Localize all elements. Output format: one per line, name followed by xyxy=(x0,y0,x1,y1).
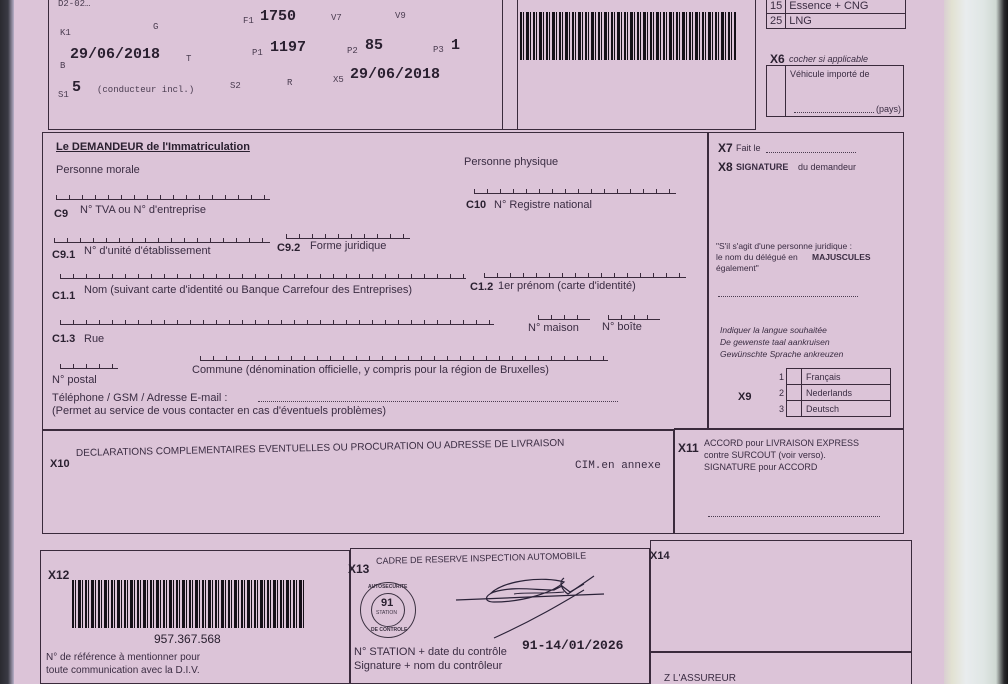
field-k1-label: K1 xyxy=(60,28,71,38)
c9-input[interactable] xyxy=(56,193,270,200)
checkbox-francais[interactable] xyxy=(787,369,802,385)
applicant-signature-area[interactable] xyxy=(716,176,896,236)
x6-suffix: (pays) xyxy=(876,104,901,114)
x14-code: X14 xyxy=(650,550,670,562)
c10-code: C10 xyxy=(466,199,486,211)
field-s1-value: 5 xyxy=(72,79,81,96)
inspection-stamp: AUTOSECURITE 91 STATION DE CONTROLE xyxy=(360,582,416,638)
c9-2-code: C9.2 xyxy=(277,242,300,254)
field-v7-label: V7 xyxy=(331,13,342,23)
c9-2-input[interactable] xyxy=(286,232,410,239)
field-p1-value: 1197 xyxy=(270,39,306,56)
checkbox-deutsch[interactable] xyxy=(787,401,802,417)
fuel-code-row: 15 Essence + CNG xyxy=(767,0,906,14)
x11-line3: SIGNATURE pour ACCORD xyxy=(704,462,817,472)
house-number-input[interactable] xyxy=(538,313,590,320)
contact-label: Téléphone / GSM / Adresse E-mail : xyxy=(52,392,227,404)
stamp-middle-text: STATION xyxy=(376,610,397,616)
commune-label: Commune (dénomination officielle, y comp… xyxy=(192,364,549,376)
fuel-label: Essence + CNG xyxy=(786,0,906,14)
x7-label: Fait le xyxy=(736,143,761,153)
box-number-input[interactable] xyxy=(608,313,660,320)
x13-station-label: N° STATION + date du contrôle xyxy=(354,646,507,658)
field-s2-label: S2 xyxy=(230,81,241,91)
c10-label: N° Registre national xyxy=(494,199,592,211)
legal-note-line3: également" xyxy=(716,263,759,273)
x8-label-bold: SIGNATURE xyxy=(736,162,788,172)
legal-note-line1: "S'il s'agit d'une personne juridique : xyxy=(716,241,852,251)
demandeur-title: Le DEMANDEUR de l'Immatriculation xyxy=(56,141,250,153)
personne-morale-label: Personne morale xyxy=(56,164,140,176)
x8-code: X8 xyxy=(718,160,733,174)
stamp-number: 91 xyxy=(381,597,393,609)
postal-code-label: N° postal xyxy=(52,374,97,386)
c1-1-label: Nom (suivant carte d'identité ou Banque … xyxy=(84,284,412,296)
x7-date-input[interactable] xyxy=(766,152,856,153)
c1-2-input[interactable] xyxy=(484,271,686,278)
language-options: 1 Français 2 Nederlands 3 Deutsch xyxy=(774,368,891,417)
language-label: Français xyxy=(802,369,891,385)
box-number-label: N° boîte xyxy=(602,321,642,333)
field-p2-label: P2 xyxy=(347,46,358,56)
field-p2-value: 85 xyxy=(365,37,383,54)
fuel-code: 15 xyxy=(767,0,786,14)
x13-code: X13 xyxy=(348,562,369,576)
background-right-edge xyxy=(944,0,1008,684)
field-b-value: 29/06/2018 xyxy=(70,46,160,63)
field-p3-value: 1 xyxy=(451,37,460,54)
house-number-label: N° maison xyxy=(528,322,579,334)
checkbox-nederlands[interactable] xyxy=(787,385,802,401)
field-x5-value: 29/06/2018 xyxy=(350,66,440,83)
c10-input[interactable] xyxy=(474,187,676,194)
language-num: 3 xyxy=(774,401,787,417)
x6-checkbox[interactable] xyxy=(766,65,786,117)
language-option-nl: 2 Nederlands xyxy=(774,385,891,401)
x10-code: X10 xyxy=(50,458,70,470)
field-f1-label: F1 xyxy=(243,16,254,26)
legal-note-line2: le nom du délégué en xyxy=(716,252,798,262)
x6-code: X6 xyxy=(770,52,785,66)
x7-code: X7 xyxy=(718,141,733,155)
x11-signature-line[interactable] xyxy=(708,516,880,517)
commune-input[interactable] xyxy=(200,354,608,361)
stamp-bottom-text: DE CONTROLE xyxy=(371,627,407,633)
x8-label-rest: du demandeur xyxy=(798,162,856,172)
personne-physique-label: Personne physique xyxy=(464,156,558,168)
field-g-label: G xyxy=(153,22,158,32)
lang-hint-nl: De gewenste taal aankruisen xyxy=(720,337,830,347)
field-r-label: R xyxy=(287,78,292,88)
c9-label: N° TVA ou N° d'entreprise xyxy=(80,204,206,216)
c9-code: C9 xyxy=(54,208,68,220)
field-x5-label: X5 xyxy=(333,75,344,85)
x6-hint: cocher si applicable xyxy=(789,54,868,64)
language-option-de: 3 Deutsch xyxy=(774,401,891,417)
language-num: 1 xyxy=(774,369,787,385)
field-t-label: T xyxy=(186,54,191,64)
field-v9-label: V9 xyxy=(395,11,406,21)
language-num: 2 xyxy=(774,385,787,401)
x12-note-line2: toute communication avec la D.I.V. xyxy=(46,665,200,676)
field-p3-label: P3 xyxy=(433,45,444,55)
x10-value[interactable]: CIM.en annexe xyxy=(575,460,661,472)
x13-signature-label: Signature + nom du contrôleur xyxy=(354,660,502,672)
x13-station-value: 91-14/01/2026 xyxy=(522,638,623,653)
x9-code: X9 xyxy=(738,391,751,403)
field-s1-note: (conducteur incl.) xyxy=(97,85,194,95)
x12-note-line1: N° de référence à mentionner pour xyxy=(46,652,200,663)
lang-hint-fr: Indiquer la langue souhaitée xyxy=(720,325,827,335)
field-f1-value: 1750 xyxy=(260,8,296,25)
x6-label: Véhicule importé de xyxy=(790,69,870,79)
reference-barcode xyxy=(72,580,306,628)
fuel-label: LNG xyxy=(786,14,906,29)
delegate-name-input[interactable] xyxy=(718,296,858,297)
vehicle-barcode xyxy=(520,12,736,60)
c1-3-code: C1.3 xyxy=(52,333,75,345)
contact-note: (Permet au service de vous contacter en … xyxy=(52,405,386,417)
field-s1-label: S1 xyxy=(58,90,69,100)
contact-input[interactable] xyxy=(258,401,618,402)
fuel-code-row: 25 LNG xyxy=(767,14,906,29)
x11-code: X11 xyxy=(678,441,699,455)
x11-line1: ACCORD pour LIVRAISON EXPRESS xyxy=(704,438,859,448)
fuel-code: 25 xyxy=(767,14,786,29)
legal-note-bold: MAJUSCULES xyxy=(812,252,871,262)
stamp-top-text: AUTOSECURITE xyxy=(368,584,407,590)
insurer-label: Z L'ASSUREUR xyxy=(664,673,736,684)
inspector-signature xyxy=(454,572,634,642)
language-label: Deutsch xyxy=(802,401,891,417)
c1-2-code: C1.2 xyxy=(470,281,493,293)
field-p1-label: P1 xyxy=(252,48,263,58)
registration-form: D2-02… K1 G F1 1750 V7 V9 B 29/06/2018 T… xyxy=(14,0,944,684)
language-label: Nederlands xyxy=(802,385,891,401)
c1-3-input[interactable] xyxy=(60,318,494,325)
fuel-codes-table: 15 Essence + CNG 25 LNG xyxy=(766,0,906,29)
x6-country-line[interactable] xyxy=(794,112,874,113)
x14-block xyxy=(650,540,912,652)
c1-3-label: Rue xyxy=(84,333,104,345)
c1-1-code: C1.1 xyxy=(52,290,75,302)
lang-hint-de: Gewünschte Sprache ankreuzen xyxy=(720,349,843,359)
x12-reference: 957.367.568 xyxy=(154,632,221,646)
x12-code: X12 xyxy=(48,568,69,582)
c9-1-input[interactable] xyxy=(54,236,270,243)
language-option-fr: 1 Français xyxy=(774,369,891,385)
c9-1-label: N° d'unité d'établissement xyxy=(84,245,211,257)
c9-1-code: C9.1 xyxy=(52,249,75,261)
form-reference: D2-02… xyxy=(58,0,90,9)
c1-2-label: 1er prénom (carte d'identité) xyxy=(498,280,636,292)
postal-code-input[interactable] xyxy=(60,362,118,369)
x11-line2: contre SURCOUT (voir verso). xyxy=(704,450,826,460)
c1-1-input[interactable] xyxy=(60,272,466,279)
field-b-label: B xyxy=(60,61,65,71)
c9-2-label: Forme juridique xyxy=(310,240,386,252)
